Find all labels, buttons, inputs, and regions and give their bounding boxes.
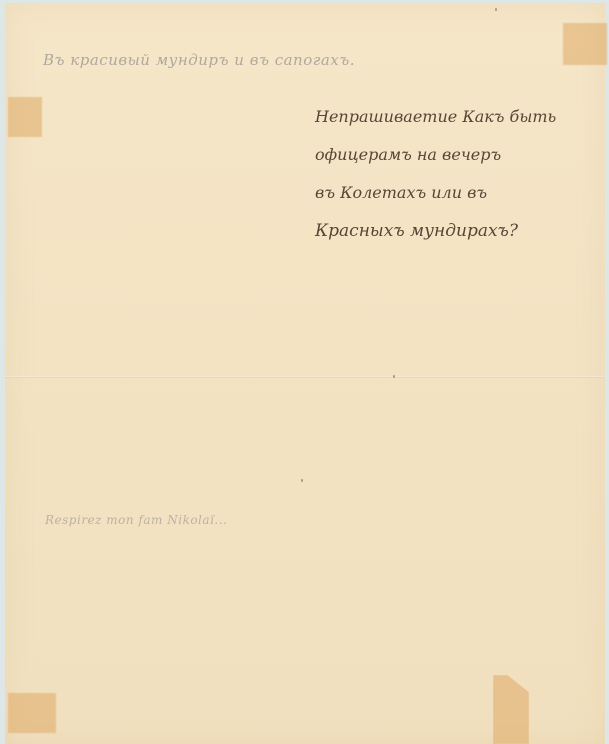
- pencil-note-top-text: Въ красивый мундиръ и въ сапогахъ.: [43, 51, 355, 69]
- ink-line-1: Непрашиваетие Какъ быть: [315, 98, 605, 136]
- pencil-note-bottom-text: Respirez mon fam Nikolaï...: [45, 513, 227, 527]
- fold-line: [5, 376, 605, 378]
- tape-mark-bottom-right: [493, 675, 529, 744]
- pencil-note-bottom: Respirez mon fam Nikolaï...: [45, 513, 227, 527]
- pencil-note-top: Въ красивый мундиръ и въ сапогахъ.: [43, 51, 355, 69]
- ink-line-3: въ Колетахъ или въ: [315, 174, 605, 212]
- ink-handwriting: Непрашиваетие Какъ быть офицерамъ на веч…: [315, 98, 605, 250]
- paper-speck: [393, 375, 395, 378]
- paper-sheet: Въ красивый мундиръ и въ сапогахъ. Непра…: [5, 3, 605, 744]
- ink-line-2: офицерамъ на вечеръ: [315, 136, 605, 174]
- tape-mark-top-right: [563, 23, 607, 65]
- tape-mark-bottom-left: [8, 693, 56, 733]
- paper-speck: [495, 8, 497, 11]
- ink-line-4: Красныхъ мундирахъ?: [315, 212, 605, 250]
- tape-mark-left: [8, 97, 42, 137]
- paper-speck: [301, 479, 303, 482]
